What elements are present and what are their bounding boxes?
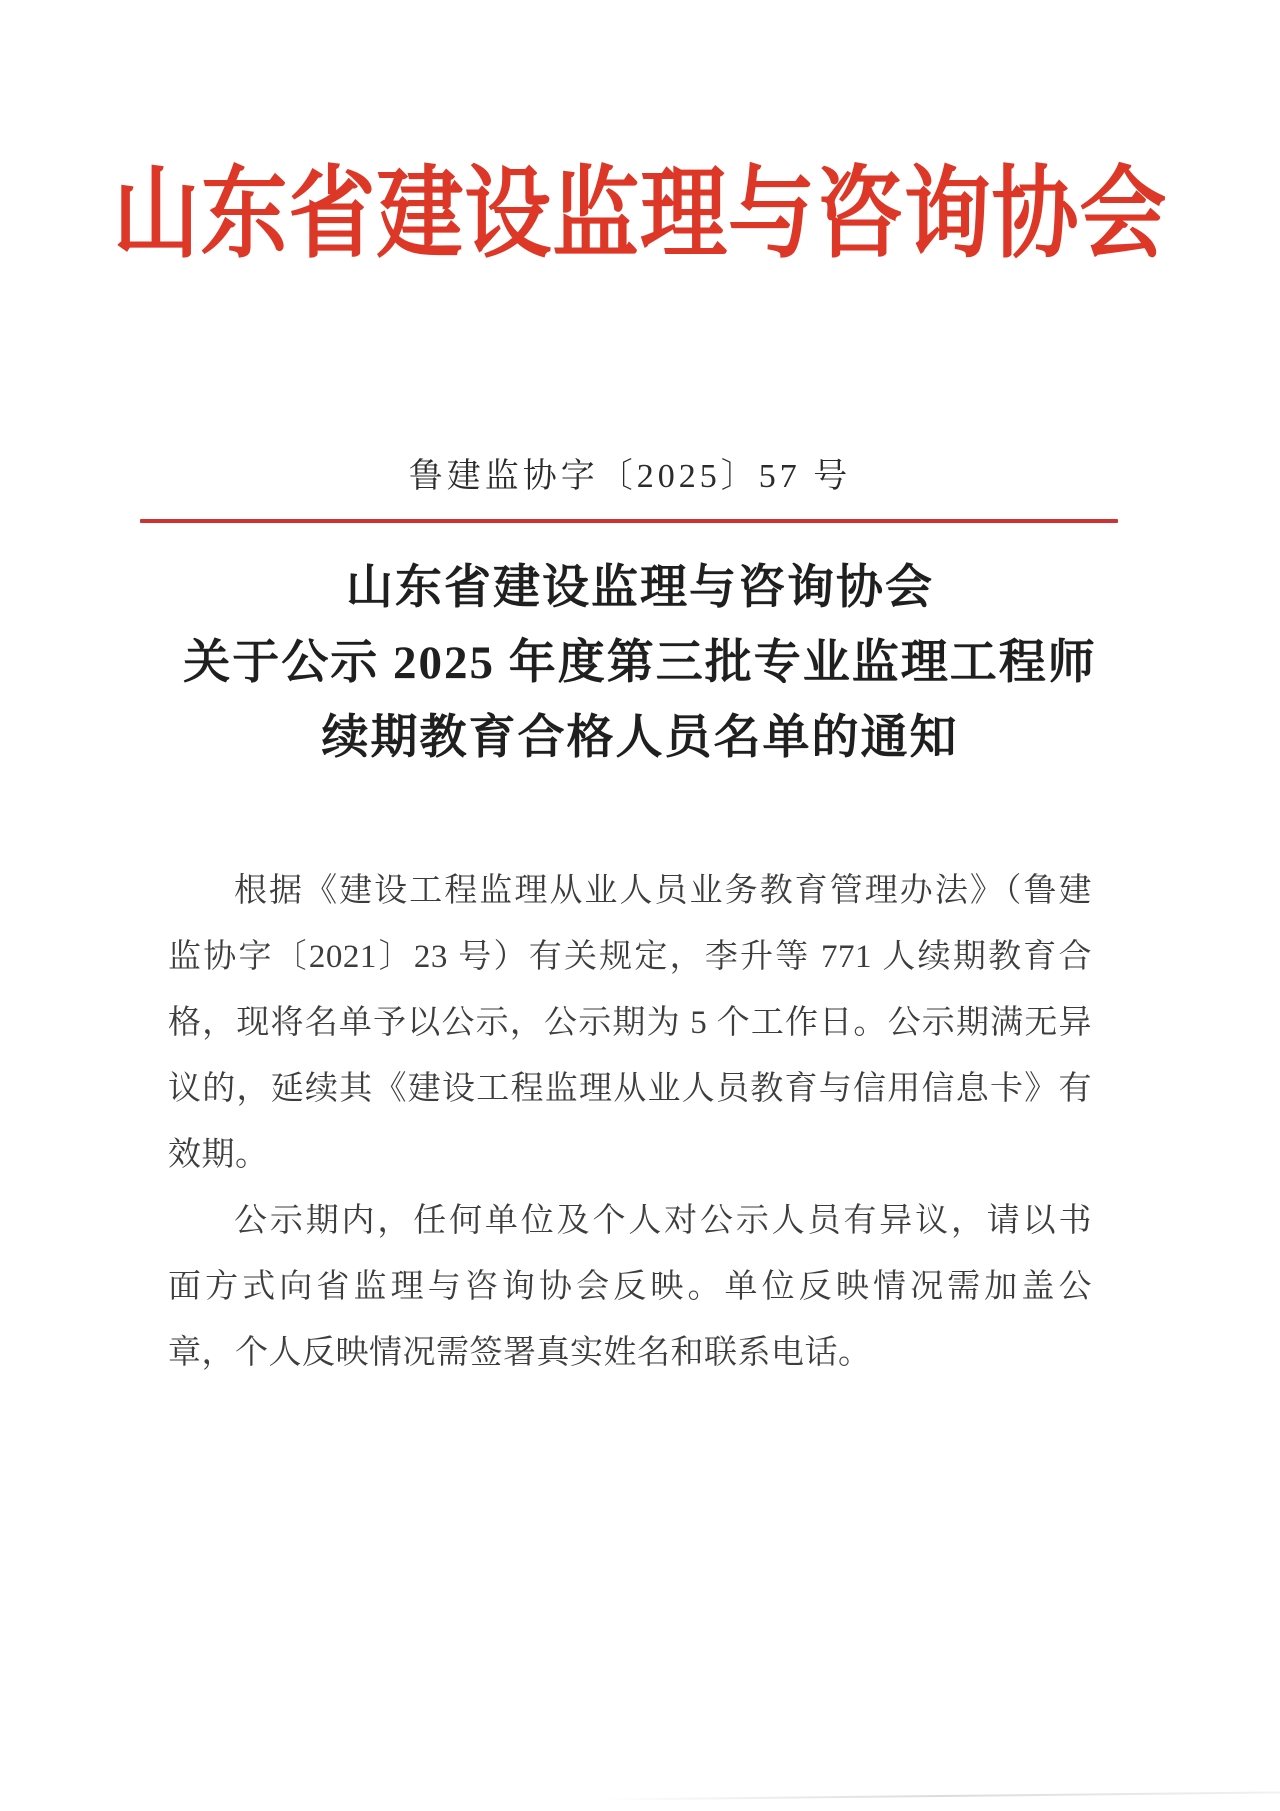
notice-title-line-1: 山东省建设监理与咨询协会 [0, 551, 1280, 626]
notice-title: 山东省建设监理与咨询协会 关于公示 2025 年度第三批专业监理工程师 续期教育… [0, 551, 1280, 776]
scanned-notice-page: 山东省建设监理与咨询协会 鲁建监协字〔2025〕57 号 山东省建设监理与咨询协… [0, 0, 1280, 1811]
document-number: 鲁建监协字〔2025〕57 号 [0, 455, 1260, 499]
document-body: 根据《建设工程监理从业人员业务教育管理办法》（鲁建 监协字〔2021〕23 号）… [168, 858, 1092, 1386]
body-line: 监协字〔2021〕23 号）有关规定，李升等 771 人续期教育合 [168, 924, 1092, 990]
org-masthead-title: 山东省建设监理与咨询协会 [113, 150, 1167, 280]
paragraph-1: 根据《建设工程监理从业人员业务教育管理办法》（鲁建 监协字〔2021〕23 号）… [168, 858, 1092, 1188]
body-line: 效期。 [168, 1122, 1092, 1188]
notice-title-line-2: 关于公示 2025 年度第三批专业监理工程师 [0, 626, 1280, 701]
body-line: 公示期内，任何单位及个人对公示人员有异议，请以书 [168, 1188, 1092, 1254]
body-line: 章，个人反映情况需签署真实姓名和联系电话。 [168, 1320, 1092, 1386]
body-line: 根据《建设工程监理从业人员业务教育管理办法》（鲁建 [168, 858, 1092, 924]
org-masthead: 山东省建设监理与咨询协会 [0, 150, 1280, 280]
scan-artifact-line [600, 1791, 1280, 1800]
body-line: 议的，延续其《建设工程监理从业人员教育与信用信息卡》有 [168, 1056, 1092, 1122]
notice-title-line-3: 续期教育合格人员名单的通知 [0, 701, 1280, 776]
body-line: 格，现将名单予以公示，公示期为 5 个工作日。公示期满无异 [168, 990, 1092, 1056]
body-line: 面方式向省监理与咨询协会反映。单位反映情况需加盖公 [168, 1254, 1092, 1320]
red-divider-rule [140, 519, 1118, 523]
paragraph-2: 公示期内，任何单位及个人对公示人员有异议，请以书 面方式向省监理与咨询协会反映。… [168, 1188, 1092, 1386]
